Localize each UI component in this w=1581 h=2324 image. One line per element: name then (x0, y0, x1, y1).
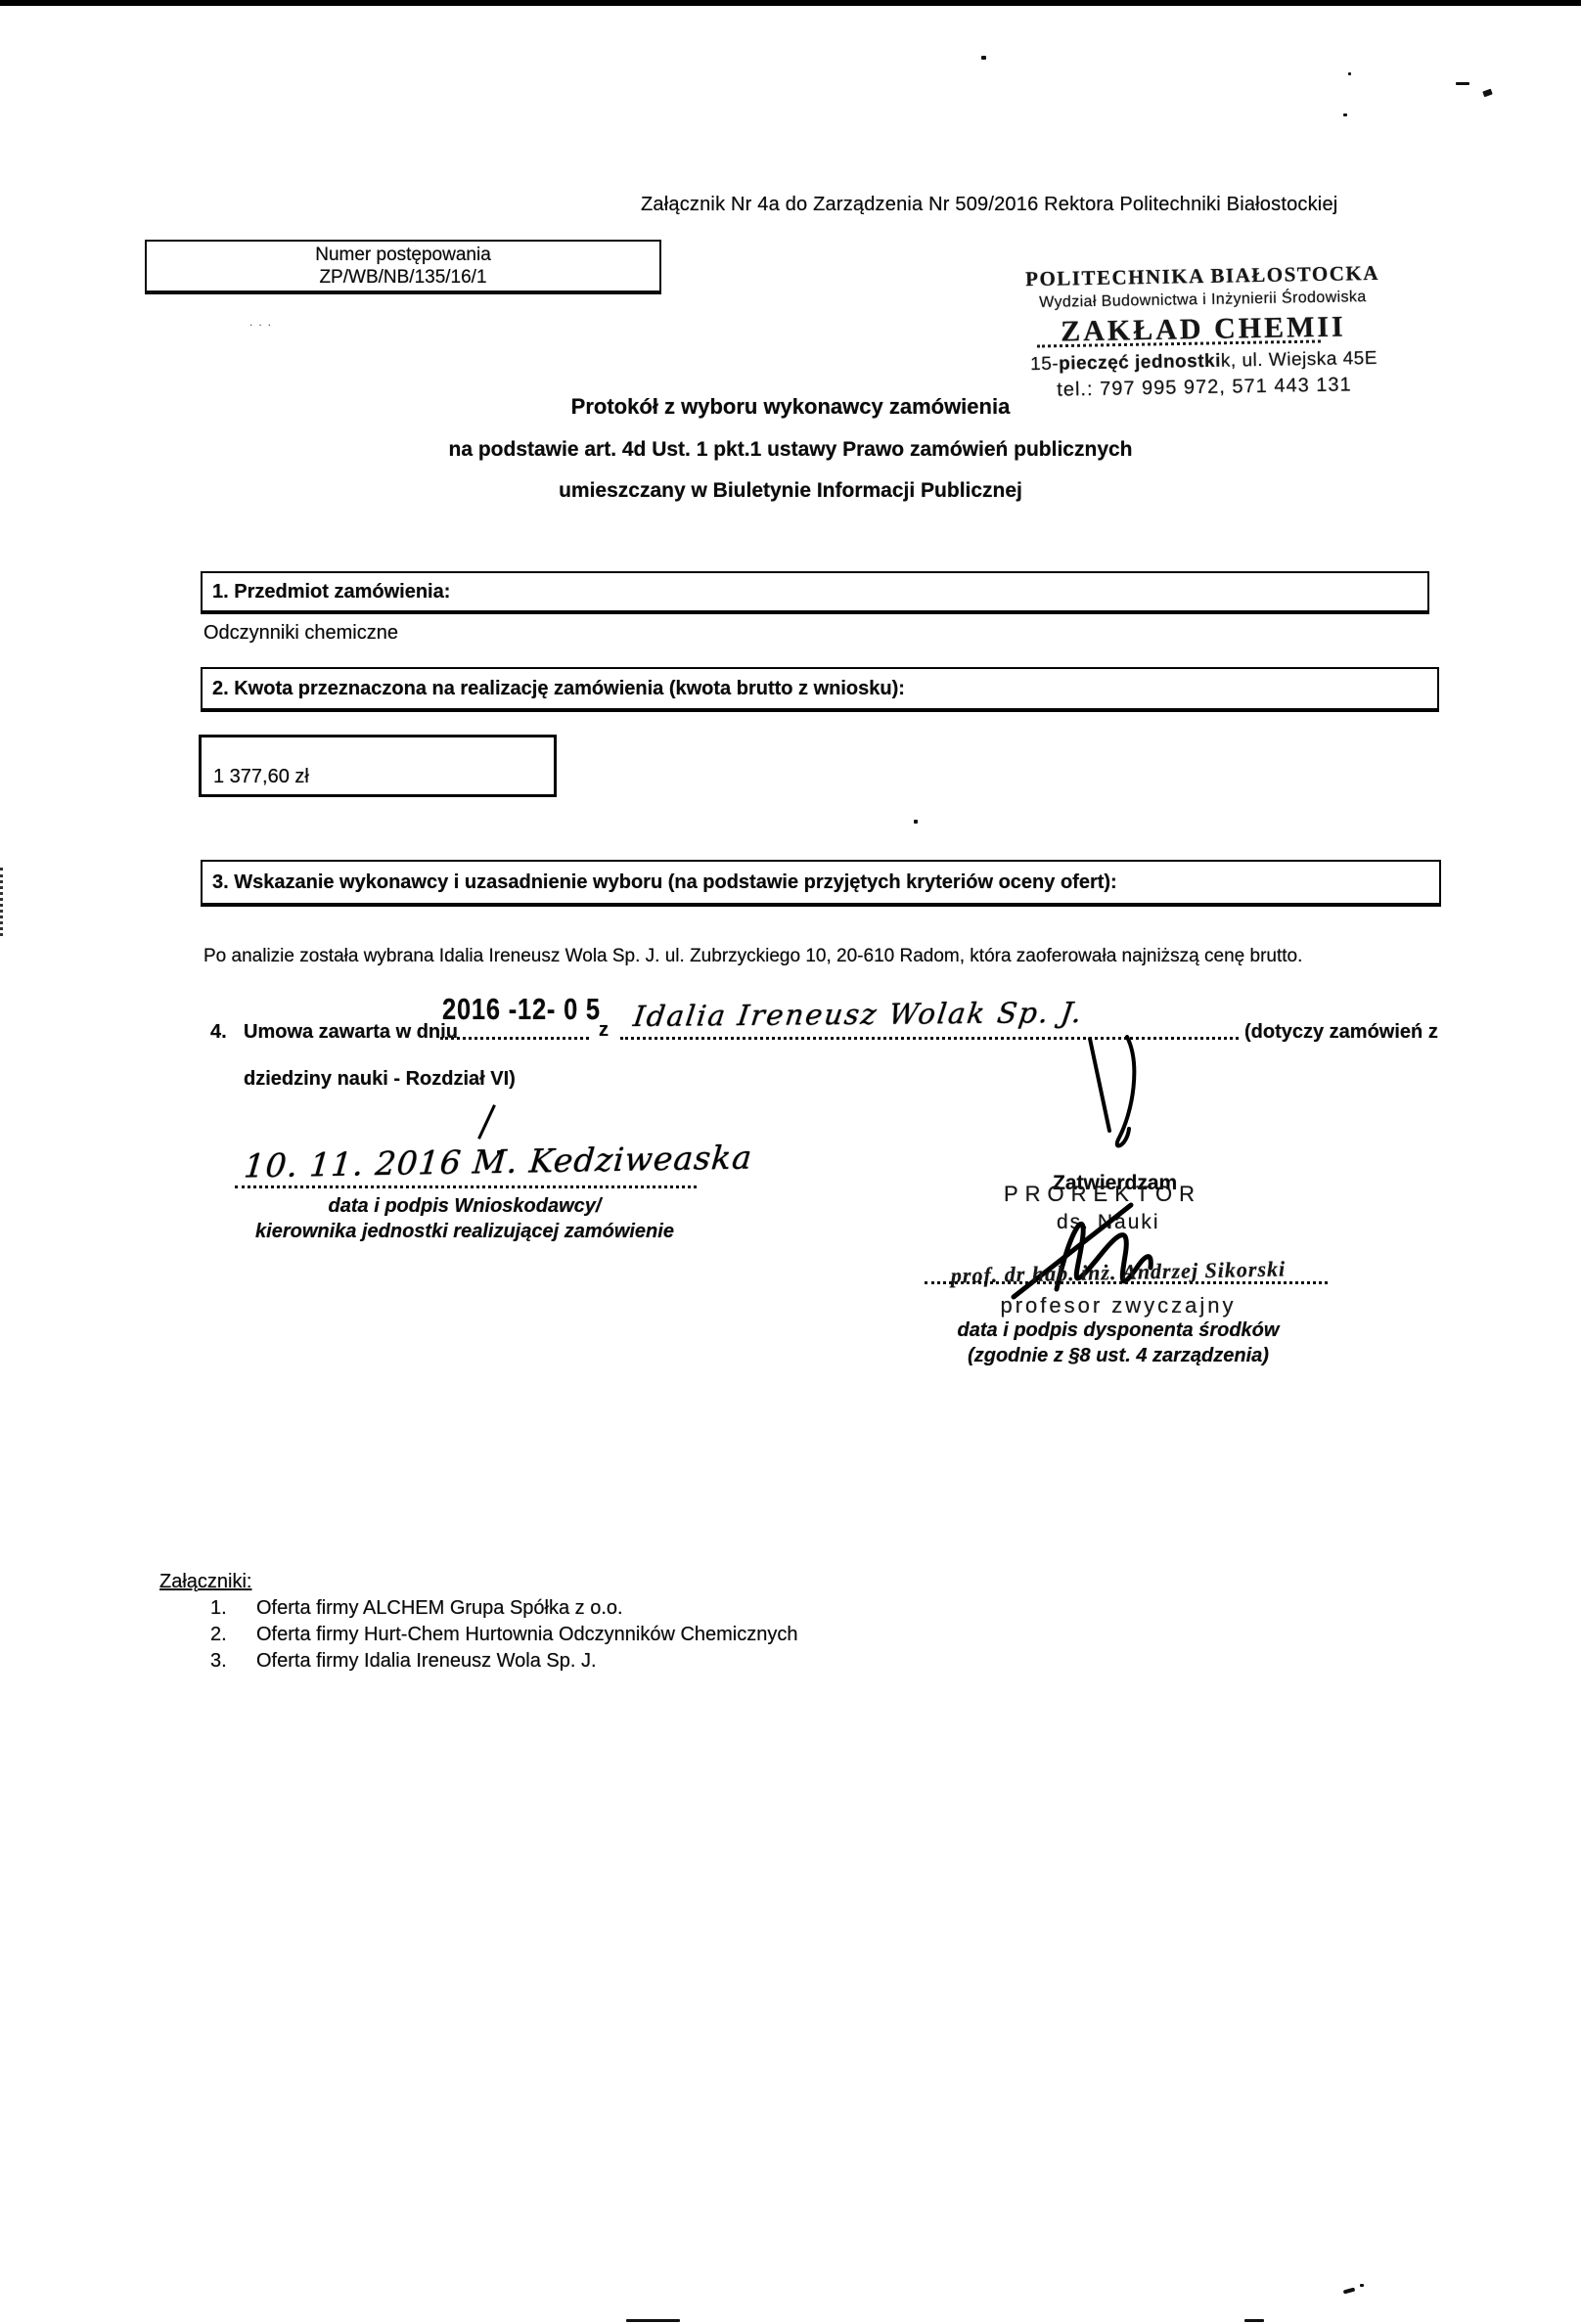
section1-heading: 1. Przedmiot zamówienia: (212, 581, 450, 603)
scan-speck (914, 820, 918, 824)
section1-heading-box: 1. Przedmiot zamówienia: (201, 571, 1429, 614)
handwriting-mark (477, 1104, 496, 1140)
stamp-caption-pieczec: pieczęć jednostki (1059, 351, 1221, 375)
approver-caption-line1: data i podpis dysponenta środków (908, 1319, 1329, 1342)
case-number-label: Numer postępowania (315, 244, 491, 266)
approver-caption-line2: (zgodnie z §8 ust. 4 zarządzenia) (908, 1345, 1329, 1367)
scan-edge-artifact (0, 0, 1581, 6)
scan-edge-dots (0, 868, 6, 936)
scan-dots: ... (249, 315, 308, 319)
contractor-handwriting: Idalia Ireneusz Wolak Sp. J. (631, 996, 1085, 1033)
attachments-heading: Załączniki: (159, 1571, 251, 1593)
amount-value: 1 377,60 zł (213, 766, 309, 788)
section2-heading: 2. Kwota przeznaczona na realizację zamó… (212, 678, 905, 700)
document-title-line3: umieszczany w Biuletynie Informacji Publ… (0, 479, 1581, 503)
scan-speck (981, 56, 986, 60)
item4-number: 4. (210, 1021, 227, 1044)
scan-speck (1360, 2284, 1364, 2287)
attachment-item: Oferta firmy Idalia Ireneusz Wola Sp. J. (256, 1650, 597, 1673)
scan-speck (626, 2319, 680, 2322)
document-title-line2: na podstawie art. 4d Ust. 1 pkt.1 ustawy… (0, 438, 1581, 462)
attachment-item-number: 2. (210, 1624, 227, 1646)
handwriting-flourish (1076, 1035, 1145, 1157)
approver-title-stamp: profesor zwyczajny (908, 1293, 1329, 1318)
scan-speck (1244, 2319, 1264, 2322)
item4-dotted-line-b (620, 1037, 1239, 1040)
stamp-address-suffix: k, ul. Wiejska 45E (1221, 348, 1378, 372)
amount-box: 1 377,60 zł (199, 735, 557, 797)
item4-text-after: (dotyczy zamówień z (1244, 1021, 1438, 1044)
approver-signature-line (925, 1281, 1328, 1284)
unit-stamp: POLITECHNIKA BIAŁOSTOCKA Wydział Budowni… (968, 260, 1439, 403)
applicant-caption-line1: data i podpis Wnioskodawcy/ (225, 1195, 704, 1218)
section3-heading: 3. Wskazanie wykonawcy i uzasadnienie wy… (212, 871, 1117, 894)
applicant-caption-line2: kierownika jednostki realizującej zamówi… (225, 1221, 704, 1243)
attachment-item: Oferta firmy ALCHEM Grupa Spółka z o.o. (256, 1597, 623, 1620)
item4-dotted-line-a (440, 1037, 589, 1040)
applicant-signature-handwriting: 10. 11. 2016 M. Kedziweaska (243, 1138, 754, 1184)
section2-heading-box: 2. Kwota przeznaczona na realizację zamó… (201, 667, 1439, 712)
section3-heading-box: 3. Wskazanie wykonawcy i uzasadnienie wy… (201, 860, 1441, 907)
scanned-document-page: ... Załącznik Nr 4a do Zarządzenia Nr 50… (0, 0, 1581, 2324)
section3-content: Po analizie została wybrana Idalia Irene… (203, 946, 1505, 967)
scan-speck (1348, 72, 1351, 75)
item4-text-before: Umowa zawarta w dniu (244, 1021, 458, 1044)
scan-speck (1343, 113, 1347, 116)
attachment-item-number: 1. (210, 1597, 227, 1620)
attachment-item-number: 3. (210, 1650, 227, 1673)
approver-name-stamp: prof. dr hab. inż. Andrzej Sikorski (908, 1256, 1329, 1290)
section1-content: Odczynniki chemiczne (203, 622, 398, 645)
stamp-address-prefix: 15- (1030, 354, 1059, 376)
item4-connector: z (599, 1019, 609, 1042)
item4-text-line2: dziedziny nauki - Rozdział VI) (244, 1068, 516, 1091)
attachment-item: Oferta firmy Hurt-Chem Hurtownia Odczynn… (256, 1624, 798, 1646)
case-number-value: ZP/WB/NB/135/16/1 (319, 266, 486, 289)
document-title-line1: Protokół z wyboru wykonawcy zamówienia (0, 394, 1581, 420)
scan-speck (1343, 2288, 1356, 2295)
stamp-address-line: 15-pieczęć jednostkik, ul. Wiejska 45E (969, 347, 1438, 377)
case-number-box: Numer postępowania ZP/WB/NB/135/16/1 (145, 240, 661, 294)
applicant-signature-line (235, 1185, 697, 1188)
scan-speck (1482, 89, 1493, 98)
date-stamp: 2016 -12- 0 5 (442, 992, 601, 1027)
scan-speck (1456, 82, 1469, 85)
attachment-note: Załącznik Nr 4a do Zarządzenia Nr 509/20… (641, 194, 1337, 216)
